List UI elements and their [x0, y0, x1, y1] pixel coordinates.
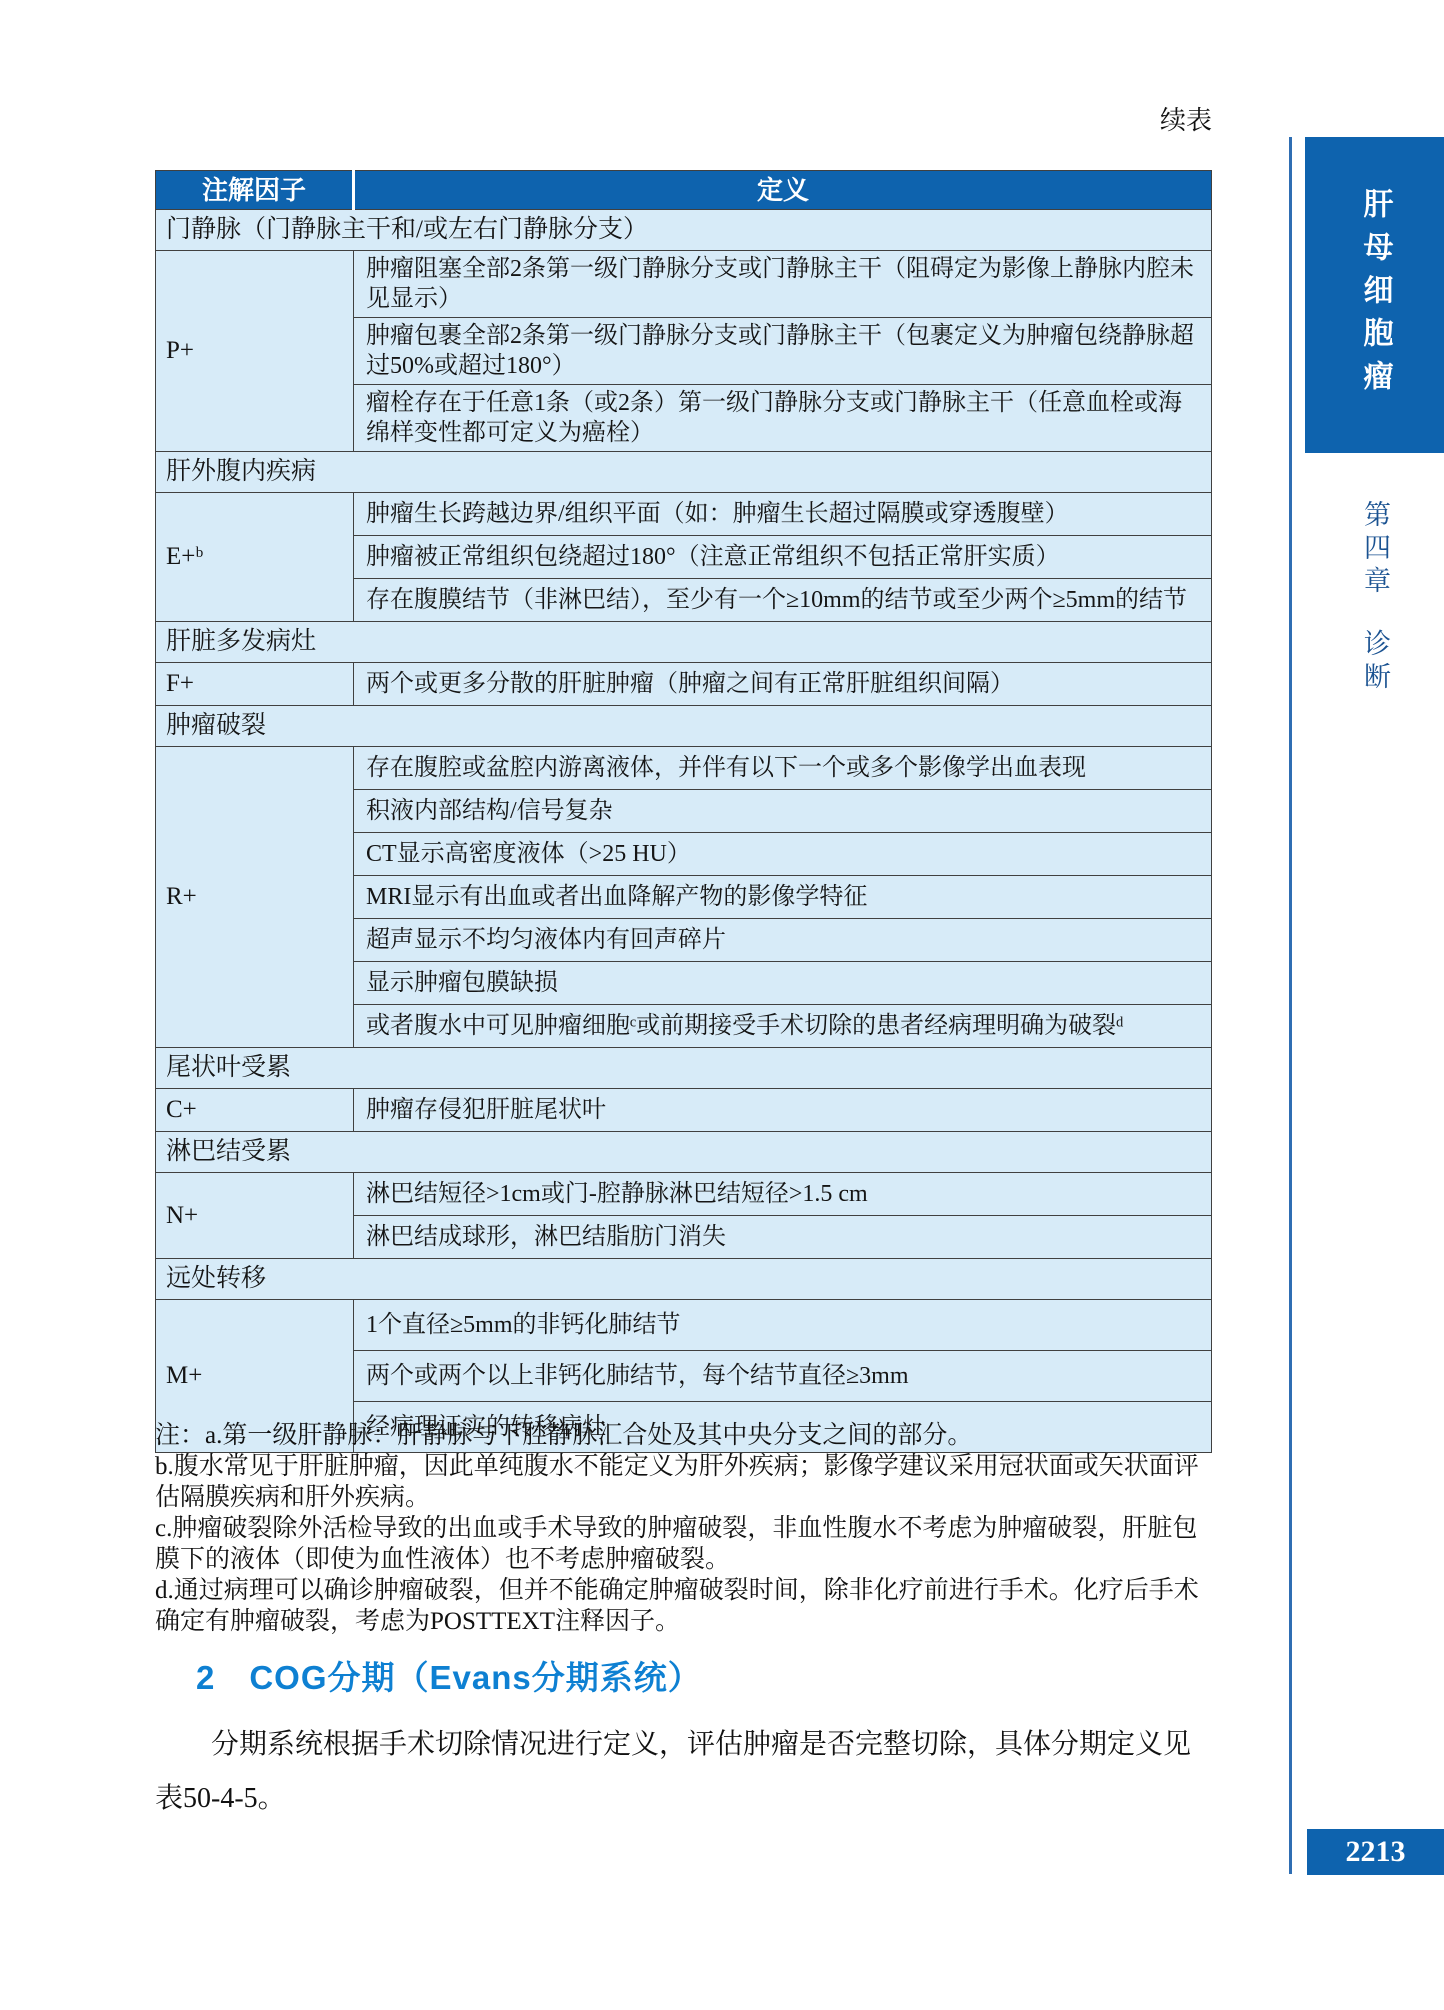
table-header-factor: 注解因子 [156, 171, 354, 210]
category-row: 远处转移 [156, 1259, 1212, 1300]
footnote-line: 注：a.第一级肝静脉：肝静脉与下腔静脉汇合处及其中央分支之间的部分。 [155, 1420, 1213, 1451]
book-page: 续表 注解因子 定义 门静脉（门静脉主干和/或左右门静脉分支）P+肿瘤阻塞全部2… [0, 0, 1444, 2010]
footnote-line: d.通过病理可以确诊肿瘤破裂，但并不能确定肿瘤破裂时间，除非化疗前进行手术。化疗… [155, 1575, 1213, 1637]
definition-cell: 两个或两个以上非钙化肺结节，每个结节直径≥3mm [354, 1351, 1212, 1402]
sidebar-divider-rule [1289, 137, 1292, 1874]
definition-cell: CT显示高密度液体（>25 HU） [354, 833, 1212, 876]
category-cell: 肝脏多发病灶 [156, 622, 1212, 663]
definition-cell: 或者腹水中可见肿瘤细胞ᶜ或前期接受手术切除的患者经病理明确为破裂ᵈ [354, 1005, 1212, 1048]
factor-cell: F+ [156, 663, 354, 706]
definition-cell: 瘤栓存在于任意1条（或2条）第一级门静脉分支或门静脉主干（任意血栓或海绵样变性都… [354, 385, 1212, 452]
factor-cell: E+ᵇ [156, 493, 354, 622]
definition-row: P+肿瘤阻塞全部2条第一级门静脉分支或门静脉主干（阻碍定为影像上静脉内腔未见显示… [156, 251, 1212, 318]
factor-cell: N+ [156, 1173, 354, 1259]
category-cell: 尾状叶受累 [156, 1048, 1212, 1089]
chapter-tab-hepatoblastoma: 肝母细胞瘤 [1305, 137, 1444, 453]
definition-cell: 肿瘤包裹全部2条第一级门静脉分支或门静脉主干（包裹定义为肿瘤包绕静脉超过50%或… [354, 318, 1212, 385]
category-row: 肝外腹内疾病 [156, 452, 1212, 493]
definition-cell: 1个直径≥5mm的非钙化肺结节 [354, 1300, 1212, 1351]
definition-cell: 存在腹膜结节（非淋巴结），至少有一个≥10mm的结节或至少两个≥5mm的结节 [354, 579, 1212, 622]
definition-row: F+两个或更多分散的肝脏肿瘤（肿瘤之间有正常肝脏组织间隔） [156, 663, 1212, 706]
category-cell: 门静脉（门静脉主干和/或左右门静脉分支） [156, 210, 1212, 251]
factor-cell: C+ [156, 1089, 354, 1132]
table-footnotes: 注：a.第一级肝静脉：肝静脉与下腔静脉汇合处及其中央分支之间的部分。 b.腹水常… [155, 1420, 1213, 1637]
category-cell: 肝外腹内疾病 [156, 452, 1212, 493]
definition-row: N+淋巴结短径>1cm或门-腔静脉淋巴结短径>1.5 cm [156, 1173, 1212, 1216]
category-row: 门静脉（门静脉主干和/或左右门静脉分支） [156, 210, 1212, 251]
definition-row: R+存在腹腔或盆腔内游离液体，并伴有以下一个或多个影像学出血表现 [156, 747, 1212, 790]
annotation-factor-table: 注解因子 定义 门静脉（门静脉主干和/或左右门静脉分支）P+肿瘤阻塞全部2条第一… [155, 170, 1212, 1453]
table-header-definition: 定义 [354, 171, 1212, 210]
definition-cell: 两个或更多分散的肝脏肿瘤（肿瘤之间有正常肝脏组织间隔） [354, 663, 1212, 706]
definition-row: C+肿瘤存侵犯肝脏尾状叶 [156, 1089, 1212, 1132]
definition-row: M+1个直径≥5mm的非钙化肺结节 [156, 1300, 1212, 1351]
definition-cell: 存在腹腔或盆腔内游离液体，并伴有以下一个或多个影像学出血表现 [354, 747, 1212, 790]
category-row: 肝脏多发病灶 [156, 622, 1212, 663]
definition-cell: MRI显示有出血或者出血降解产物的影像学特征 [354, 876, 1212, 919]
footnote-line: c.肿瘤破裂除外活检导致的出血或手术导致的肿瘤破裂，非血性腹水不考虑为肿瘤破裂，… [155, 1513, 1213, 1575]
definition-cell: 肿瘤生长跨越边界/组织平面（如：肿瘤生长超过隔膜或穿透腹壁） [354, 493, 1212, 536]
continued-table-label: 续表 [155, 100, 1212, 137]
body-paragraph: 分期系统根据手术切除情况进行定义，评估肿瘤是否完整切除，具体分期定义见表50-4… [155, 1718, 1212, 1826]
definition-cell: 淋巴结成球形，淋巴结脂肪门消失 [354, 1216, 1212, 1259]
page-number-badge: 2213 [1307, 1829, 1444, 1875]
factor-cell: P+ [156, 251, 354, 452]
definition-cell: 肿瘤被正常组织包绕超过180°（注意正常组织不包括正常肝实质） [354, 536, 1212, 579]
category-row: 淋巴结受累 [156, 1132, 1212, 1173]
definition-cell: 淋巴结短径>1cm或门-腔静脉淋巴结短径>1.5 cm [354, 1173, 1212, 1216]
footnote-line: b.腹水常见于肝脏肿瘤，因此单纯腹水不能定义为肝外疾病；影像学建议采用冠状面或矢… [155, 1451, 1213, 1513]
chapter-section-label: 第四章 诊断 [1305, 500, 1395, 760]
definition-cell: 超声显示不均匀液体内有回声碎片 [354, 919, 1212, 962]
factor-cell: R+ [156, 747, 354, 1048]
category-cell: 淋巴结受累 [156, 1132, 1212, 1173]
section-name-label: 诊断 [1356, 629, 1395, 695]
definition-cell: 肿瘤阻塞全部2条第一级门静脉分支或门静脉主干（阻碍定为影像上静脉内腔未见显示） [354, 251, 1212, 318]
category-row: 尾状叶受累 [156, 1048, 1212, 1089]
chapter-number-label: 第四章 [1356, 500, 1395, 599]
annotation-factor-table-wrap: 注解因子 定义 门静脉（门静脉主干和/或左右门静脉分支）P+肿瘤阻塞全部2条第一… [155, 170, 1212, 1453]
definition-cell: 肿瘤存侵犯肝脏尾状叶 [354, 1089, 1212, 1132]
table-header-row: 注解因子 定义 [156, 171, 1212, 210]
category-cell: 肿瘤破裂 [156, 706, 1212, 747]
category-cell: 远处转移 [156, 1259, 1212, 1300]
category-row: 肿瘤破裂 [156, 706, 1212, 747]
annotation-table-body: 门静脉（门静脉主干和/或左右门静脉分支）P+肿瘤阻塞全部2条第一级门静脉分支或门… [156, 210, 1212, 1453]
definition-cell: 积液内部结构/信号复杂 [354, 790, 1212, 833]
section-heading-cog-staging: 2 COG分期（Evans分期系统） [196, 1652, 702, 1699]
definition-cell: 显示肿瘤包膜缺损 [354, 962, 1212, 1005]
definition-row: E+ᵇ肿瘤生长跨越边界/组织平面（如：肿瘤生长超过隔膜或穿透腹壁） [156, 493, 1212, 536]
